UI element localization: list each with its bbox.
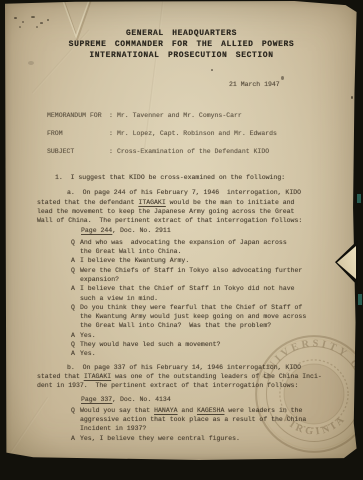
ink-stain bbox=[281, 76, 284, 80]
ink-stain bbox=[22, 21, 24, 23]
qa-row: A I believe the Kwantung Army. bbox=[71, 256, 337, 265]
doc-reference-a: Page 244, Doc. No. 2911 bbox=[81, 226, 337, 235]
qa-row: A I believe that the Chief of Staff in T… bbox=[71, 284, 337, 303]
header-line-1: GENERAL HEADQUARTERS bbox=[5, 28, 358, 39]
memo-field-label: SUBJECT bbox=[47, 147, 109, 157]
qa-speaker: Q bbox=[71, 340, 80, 349]
memo-field-row: FROM : Mr. Lopez, Capt. Robinson and Mr.… bbox=[47, 129, 277, 139]
memo-field-value: Cross-Examination of the Defendant KIDO bbox=[117, 147, 269, 157]
photo-background: GENERAL HEADQUARTERS SUPREME COMMANDER F… bbox=[0, 0, 363, 480]
university-of-virginia-seal-watermark: UNIVERSITY OF VIRGINIA bbox=[252, 332, 363, 456]
header-line-2: SUPREME COMMANDER FOR THE ALLIED POWERS bbox=[5, 39, 358, 50]
seal-center-disc bbox=[284, 364, 344, 424]
ink-stain bbox=[28, 61, 34, 65]
ink-stain bbox=[40, 22, 43, 24]
qa-speaker: Q bbox=[71, 238, 80, 257]
qa-speaker: A bbox=[71, 284, 80, 303]
memo-field-value: Mr. Tavenner and Mr. Comyns-Carr bbox=[117, 111, 242, 121]
qa-speaker: Q bbox=[71, 406, 80, 434]
qa-text: Do you think they were fearful that the … bbox=[80, 303, 337, 331]
qa-row: Q And who was advocating the expansion o… bbox=[71, 238, 337, 257]
memo-fields: MEMORANDUM FOR : Mr. Tavenner and Mr. Co… bbox=[47, 111, 277, 165]
memo-field-separator: : bbox=[109, 147, 117, 157]
memo-field-separator: : bbox=[109, 129, 117, 139]
qa-speaker: A bbox=[71, 331, 80, 340]
background-sliver bbox=[358, 294, 362, 305]
qa-text: And who was advocating the expansion of … bbox=[80, 238, 337, 257]
memo-field-label: MEMORANDUM FOR bbox=[47, 111, 109, 121]
date-line: 21 March 1947 bbox=[229, 81, 280, 88]
background-sliver bbox=[357, 194, 361, 203]
qa-text: I believe that the Chief of Staff in Tok… bbox=[80, 284, 337, 303]
memo-field-row: SUBJECT : Cross-Examination of the Defen… bbox=[47, 147, 277, 157]
qa-speaker: A bbox=[71, 349, 80, 358]
ink-stain bbox=[351, 96, 353, 99]
document-header: GENERAL HEADQUARTERS SUPREME COMMANDER F… bbox=[5, 28, 358, 61]
ink-stain bbox=[47, 19, 49, 21]
paragraph-a: a. On page 244 of his February 7, 1946 i… bbox=[37, 188, 337, 225]
qa-speaker: A bbox=[71, 434, 80, 443]
qa-speaker: A bbox=[71, 256, 80, 265]
memo-field-value: Mr. Lopez, Capt. Robinson and Mr. Edward… bbox=[117, 129, 277, 139]
header-line-3: INTERNATIONAL PROSECUTION SECTION bbox=[5, 50, 358, 61]
memo-field-row: MEMORANDUM FOR : Mr. Tavenner and Mr. Co… bbox=[47, 111, 277, 121]
ink-stain bbox=[14, 17, 17, 19]
qa-text: I believe the Kwantung Army. bbox=[80, 256, 337, 265]
qa-row: Q Do you think they were fearful that th… bbox=[71, 303, 337, 331]
qa-row: Q Were the Chiefs of Staff in Tokyo also… bbox=[71, 266, 337, 285]
memo-field-separator: : bbox=[109, 111, 117, 121]
paragraph-intro: 1. I suggest that KIDO be cross-examined… bbox=[37, 173, 337, 182]
document-page: GENERAL HEADQUARTERS SUPREME COMMANDER F… bbox=[5, 1, 358, 460]
qa-speaker: Q bbox=[71, 303, 80, 331]
memo-field-label: FROM bbox=[47, 129, 109, 139]
ink-stain bbox=[211, 69, 213, 71]
ink-stain bbox=[31, 16, 35, 18]
qa-speaker: Q bbox=[71, 266, 80, 285]
qa-text: Were the Chiefs of Staff in Tokyo also a… bbox=[80, 266, 337, 285]
